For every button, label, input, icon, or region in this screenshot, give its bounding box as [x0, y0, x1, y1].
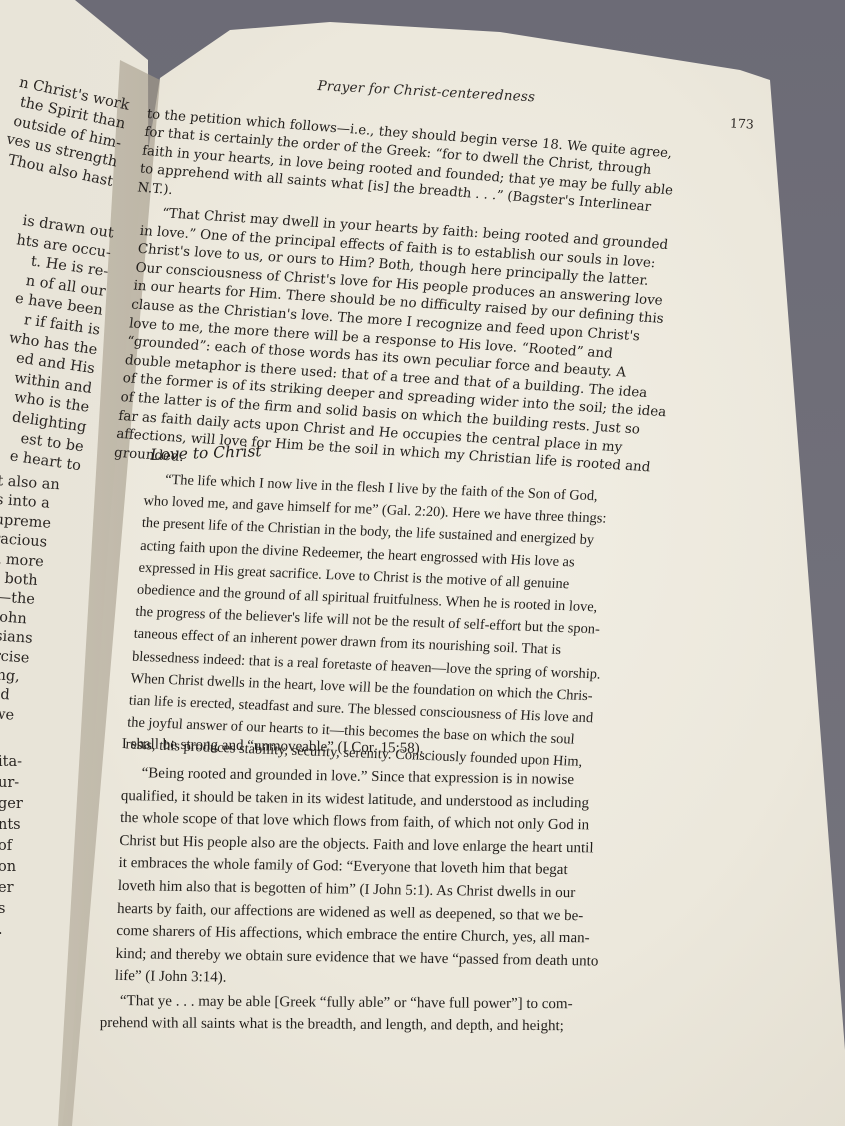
text-line: ita-: [0, 752, 38, 773]
text-line: esians: [0, 627, 47, 651]
text-line: s we: [0, 704, 42, 728]
text-line: ying,: [0, 666, 44, 690]
text-line: nts: [0, 815, 38, 836]
paragraph-3: “The life which I now live in the flesh …: [125, 468, 615, 774]
left-page-fragment-4: ita- ur- ger nts of on er s .: [0, 752, 38, 941]
text-line: ur-: [0, 773, 38, 794]
text-line: .: [0, 920, 38, 941]
text-line: “That ye . . . may be able [Greek “fully…: [100, 990, 573, 1016]
text-line: prehend with all saints what is the brea…: [100, 1012, 573, 1038]
paragraph-5: “That ye . . . may be able [Greek “fully…: [100, 990, 573, 1038]
text-line: ger: [0, 794, 38, 815]
text-line: er: [0, 878, 38, 899]
text-line: and: [0, 685, 43, 709]
paragraph-4: “Being rooted and grounded in love.” Sin…: [115, 762, 605, 995]
text-line: s: [0, 899, 38, 920]
text-line: on: [0, 857, 38, 878]
text-line: of: [0, 836, 38, 857]
page-number: 173: [730, 115, 755, 131]
